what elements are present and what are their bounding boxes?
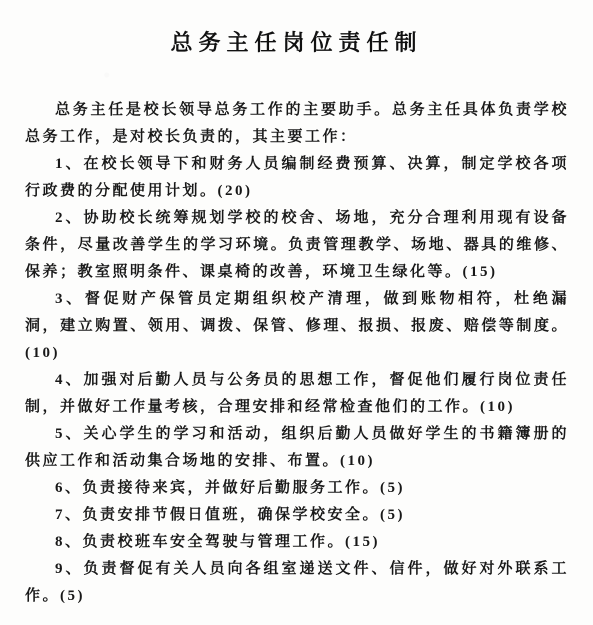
responsibility-item-8: 8、负责校班车安全驾驶与管理工作。(15) xyxy=(25,529,569,556)
responsibility-item-3: 3、督促财产保管员定期组织校产清理，做到账物相符，杜绝漏洞，建立购置、领用、调拨… xyxy=(25,286,569,367)
document-page: 总务主任岗位责任制 总务主任是校长领导总务工作的主要助手。总务主任具体负责学校总… xyxy=(0,0,593,625)
intro-paragraph: 总务主任是校长领导总务工作的主要助手。总务主任具体负责学校总务工作，是对校长负责… xyxy=(25,97,569,151)
document-body: 总务主任是校长领导总务工作的主要助手。总务主任具体负责学校总务工作，是对校长负责… xyxy=(25,97,569,610)
responsibility-item-1: 1、在校长领导下和财务人员编制经费预算、决算，制定学校各项行政费的分配使用计划。… xyxy=(25,151,569,205)
responsibility-item-9: 9、负责督促有关人员向各组室递送文件、信件，做好对外联系工作。(5) xyxy=(25,556,569,610)
responsibility-item-4: 4、加强对后勤人员与公务员的思想工作，督促他们履行岗位责任制，并做好工作量考核，… xyxy=(25,367,569,421)
document-title: 总务主任岗位责任制 xyxy=(0,26,593,57)
responsibility-item-6: 6、负责接待来宾，并做好后勤服务工作。(5) xyxy=(25,475,569,502)
responsibility-item-7: 7、负责安排节假日值班，确保学校安全。(5) xyxy=(25,502,569,529)
responsibility-item-2: 2、协助校长统筹规划学校的校舍、场地，充分合理利用现有设备条件，尽量改善学生的学… xyxy=(25,205,569,286)
responsibility-item-5: 5、关心学生的学习和活动，组织后勤人员做好学生的书籍簿册的供应工作和活动集合场地… xyxy=(25,421,569,475)
